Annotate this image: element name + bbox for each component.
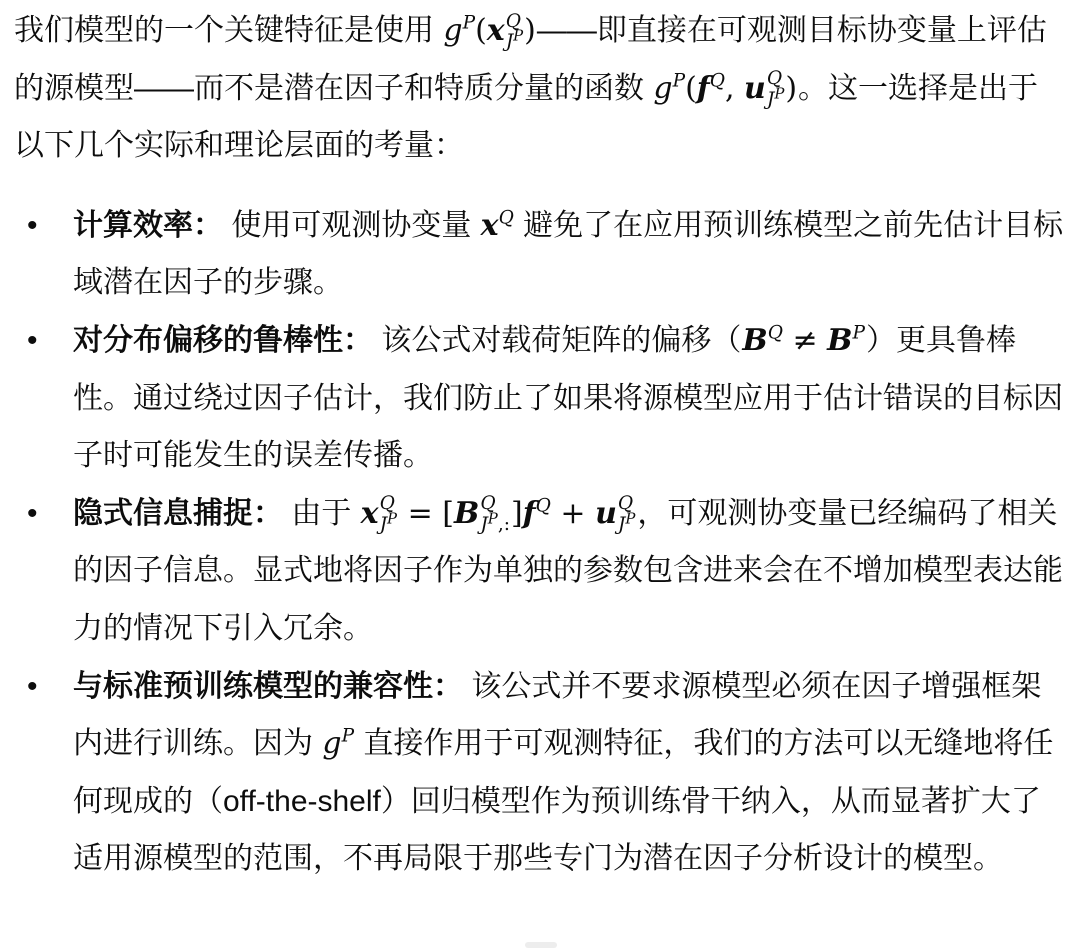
math-superscript: P — [342, 726, 355, 747]
cutoff-element — [525, 942, 557, 947]
inline-math: xQ — [481, 208, 514, 243]
math-symbol: P — [463, 12, 476, 33]
bullet-item: 对分布偏移的鲁棒性： 该公式对载荷矩阵的偏移（BQ ≠ BP）更具鲁棒性。通过绕… — [73, 312, 1068, 485]
math-symbol: P — [342, 726, 355, 747]
math-symbol: P — [853, 322, 866, 343]
math-superscript: Q — [768, 322, 783, 343]
text-run: 使用可观测协变量 — [223, 209, 480, 242]
math-symbol: g — [322, 726, 341, 761]
math-supsub: QJP,: — [480, 494, 510, 535]
bullet-label: 对分布偏移的鲁棒性： — [73, 324, 373, 357]
math-symbol: P — [673, 70, 686, 91]
bullet-item: 计算效率： 使用可观测协变量 xQ 避免了在应用预训练模型之前先估计目标域潜在因… — [73, 197, 1068, 312]
math-symbol: P — [387, 509, 397, 527]
math-symbol: f — [523, 496, 536, 531]
math-superscript: P — [387, 509, 397, 527]
math-symbol: Q — [499, 207, 514, 228]
math-symbol: g — [653, 71, 672, 106]
math-symbol: ,: — [498, 514, 510, 535]
math-symbol: Q — [536, 495, 551, 516]
bullet-label: 与标准预训练模型的兼容性： — [73, 670, 463, 703]
math-superscript: Q — [536, 495, 551, 516]
math-symbol: ) — [785, 71, 797, 106]
math-symbol: B — [742, 323, 767, 358]
math-symbol: B — [454, 496, 479, 531]
math-symbol: x — [487, 13, 505, 48]
text-run: 由于 — [283, 497, 360, 530]
math-symbol: P — [625, 509, 635, 527]
math-superscript: P — [463, 12, 476, 33]
math-superscript: P — [774, 84, 784, 102]
bullet-list: 计算效率： 使用可观测协变量 xQ 避免了在应用预训练模型之前先估计目标域潜在因… — [14, 197, 1068, 888]
math-symbol: ( — [685, 71, 697, 106]
bullet-label: 计算效率： — [73, 209, 223, 242]
inline-math: xQJP = [BQJP,:]fQ + uQJP — [361, 496, 637, 531]
inline-math: gP — [322, 726, 354, 761]
bullet-item: 隐式信息捕捉： 由于 xQJP = [BQJP,:]fQ + uQJP，可观测协… — [73, 485, 1068, 658]
math-symbol: , — [725, 71, 744, 106]
math-symbol: u — [595, 496, 617, 531]
math-symbol: f — [697, 71, 710, 106]
math-symbol: x — [481, 208, 499, 243]
math-symbol: ] — [511, 496, 523, 531]
inline-math: gP(fQ, uQJP) — [653, 71, 797, 106]
math-symbol: B — [827, 323, 852, 358]
math-symbol: ( — [475, 13, 487, 48]
inline-math: BQ ≠ BP — [742, 323, 865, 358]
math-superscript: P — [853, 322, 866, 343]
math-supsub: QJP — [618, 494, 635, 535]
math-superscript: P — [513, 26, 523, 44]
math-symbol: Q — [710, 70, 725, 91]
math-symbol: x — [361, 496, 379, 531]
bullet-label: 隐式信息捕捉： — [73, 497, 283, 530]
text-run: 我们模型的一个关键特征是使用 — [14, 14, 442, 47]
math-symbol: P — [774, 84, 784, 102]
text-run: 该公式对载荷矩阵的偏移（ — [373, 324, 741, 357]
bullet-item: 与标准预训练模型的兼容性： 该公式并不要求源模型必须在因子增强框架内进行训练。因… — [73, 658, 1068, 888]
math-symbol: P — [513, 26, 523, 44]
math-symbol: J — [380, 514, 387, 535]
math-superscript: Q — [499, 207, 514, 228]
math-symbol: u — [744, 71, 766, 106]
math-superscript: P — [673, 70, 686, 91]
math-symbol: ≠ — [783, 323, 827, 358]
intro-paragraph: 我们模型的一个关键特征是使用 gP(xQJP)——即直接在可观测目标协变量上评估… — [14, 2, 1068, 175]
math-symbol: g — [443, 13, 462, 48]
math-symbol: + — [551, 496, 595, 531]
math-symbol: J — [480, 514, 487, 535]
document: 我们模型的一个关键特征是使用 gP(xQJP)——即直接在可观测目标协变量上评估… — [0, 0, 1080, 888]
math-symbol: = [ — [398, 496, 454, 531]
math-superscript: P — [488, 509, 498, 527]
math-symbol: Q — [768, 322, 783, 343]
math-superscript: P — [625, 509, 635, 527]
inline-math: gP(xQJP) — [443, 13, 536, 48]
math-superscript: Q — [710, 70, 725, 91]
math-supsub: QJP — [767, 69, 784, 110]
math-supsub: QJP — [380, 494, 397, 535]
math-supsub: QJP — [506, 12, 523, 53]
math-symbol: P — [488, 509, 498, 527]
math-symbol: ) — [524, 13, 536, 48]
